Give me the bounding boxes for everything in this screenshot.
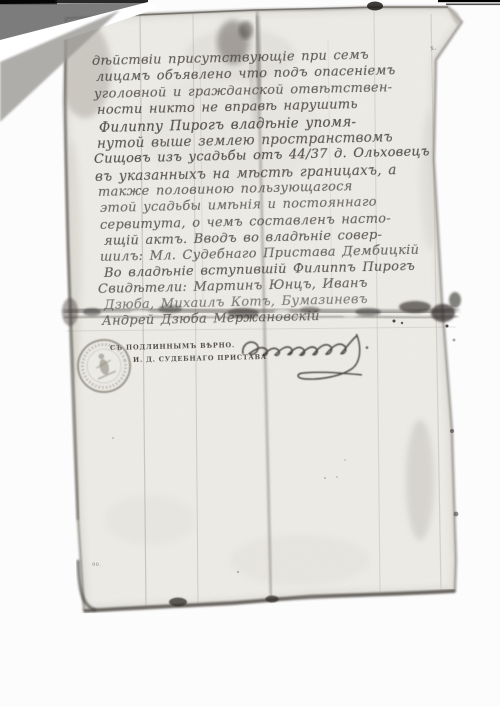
top-center-smudge — [217, 20, 258, 125]
official-stamp — [72, 334, 136, 398]
scanned-page: дѣйствіи присутствующіе при семъ лицамъ … — [0, 0, 500, 706]
stamp-center-figure — [92, 351, 117, 379]
scanner-artifact-top-left — [0, 0, 158, 122]
signature-flourish — [242, 334, 369, 382]
fold-crease-horizontal — [62, 292, 461, 331]
paper-specks — [112, 437, 345, 573]
scanner-artifact-top-right — [438, 0, 500, 5]
ink-and-artifact-overlay — [0, 0, 500, 706]
